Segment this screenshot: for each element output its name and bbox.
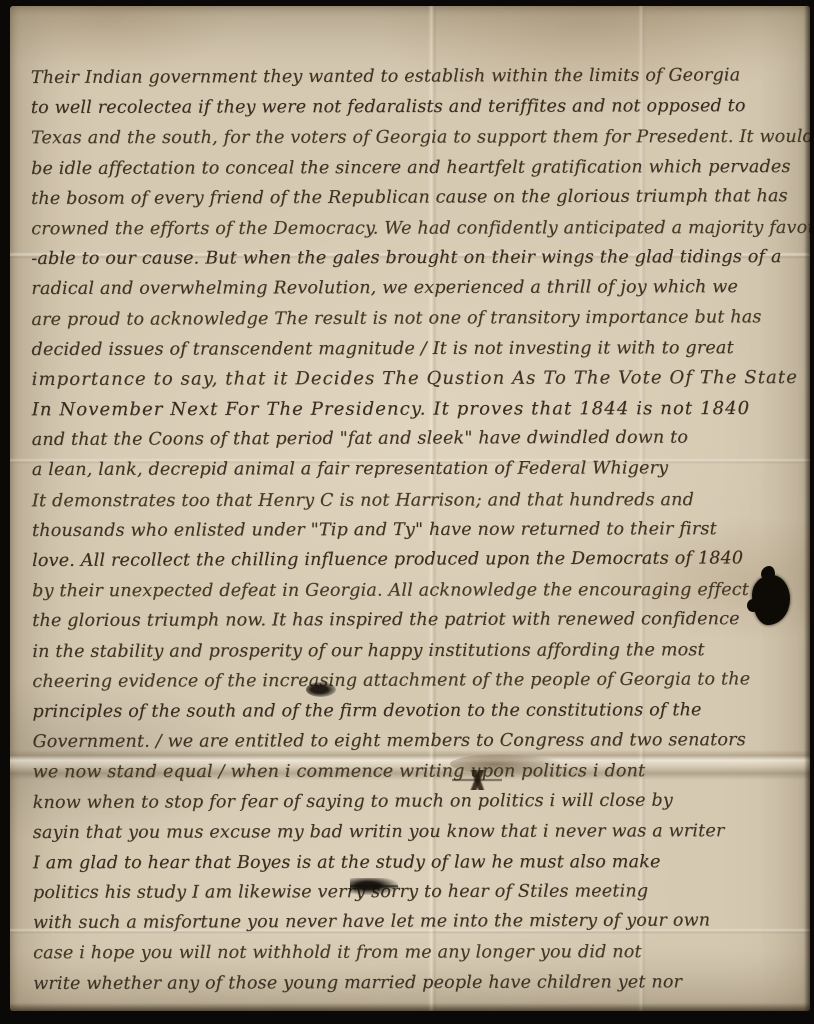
letter-line-3: Texas and the south, for the voters of G… bbox=[21, 122, 805, 154]
letter-line-12: In November Next For The Presidency. It … bbox=[22, 394, 806, 426]
paper-edge-shadow-right bbox=[804, 6, 810, 1011]
letter-line-31: write whether any of those young married… bbox=[23, 967, 807, 999]
letter-line-22: principles of the south and of the firm … bbox=[22, 695, 806, 727]
letter-line-6: crowned the efforts of the Democracy. We… bbox=[21, 213, 805, 245]
crossout-scribble-2 bbox=[350, 878, 398, 895]
letter-line-8: radical and overwhelming Revolution, we … bbox=[21, 272, 805, 304]
letter-text-block: Their Indian government they wanted to e… bbox=[21, 61, 807, 999]
letter-line-7: -able to our cause. But when the gales b… bbox=[21, 242, 805, 274]
letter-line-11: importance to say, that it Decides The Q… bbox=[22, 363, 806, 395]
crossout-scribble-1 bbox=[452, 770, 502, 790]
letter-line-20: in the stability and prosperity of our h… bbox=[22, 635, 806, 667]
letter-line-27: I am glad to hear that Boyes is at the s… bbox=[23, 847, 807, 879]
letter-line-13: and that the Coons of that period "fat a… bbox=[22, 422, 806, 455]
letter-line-2: to well recolectea if they were not feda… bbox=[21, 91, 805, 123]
letter-line-19: the glorious triumph now. It has inspire… bbox=[22, 604, 806, 636]
letter-line-5: the bosom of every friend of the Republi… bbox=[21, 181, 805, 214]
letter-line-25: know when to stop for fear of saying to … bbox=[23, 785, 807, 818]
letter-line-23: Government. / we are entitled to eight m… bbox=[23, 725, 807, 757]
letter-line-16: thousands who enlisted under "Tip and Ty… bbox=[22, 514, 806, 546]
letter-line-17: love. All recollect the chilling influen… bbox=[22, 543, 806, 576]
letter-line-21: cheering evidence of the increasing atta… bbox=[22, 664, 806, 697]
letter-line-15: It demonstrates too that Henry C is not … bbox=[22, 485, 806, 517]
ink-smudge bbox=[306, 682, 336, 697]
letter-line-24: we now stand equal / when i commence wri… bbox=[23, 756, 807, 788]
letter-line-14: a lean, lank, decrepid animal a fair rep… bbox=[22, 453, 806, 485]
letter-line-26: sayin that you mus excuse my bad writin … bbox=[23, 816, 807, 848]
letter-page: Their Indian government they wanted to e… bbox=[10, 6, 810, 1011]
letter-line-4: be idle affectation to conceal the since… bbox=[21, 152, 805, 184]
paper-edge-shadow-bottom bbox=[10, 1003, 810, 1011]
letter-line-18: by their unexpected defeat in Georgia. A… bbox=[22, 575, 806, 607]
letter-line-1: Their Indian government they wanted to e… bbox=[21, 60, 805, 93]
letter-line-29: with such a misfortune you never have le… bbox=[23, 905, 807, 938]
letter-line-28: politics his study I am likewise verry s… bbox=[23, 876, 807, 908]
letter-line-10: decided issues of transcendent magnitude… bbox=[21, 333, 805, 365]
letter-line-9: are proud to acknowledge The result is n… bbox=[21, 302, 805, 335]
scanned-letter-background: Their Indian government they wanted to e… bbox=[0, 0, 814, 1024]
letter-line-30: case i hope you will not withhold it fro… bbox=[23, 937, 807, 969]
